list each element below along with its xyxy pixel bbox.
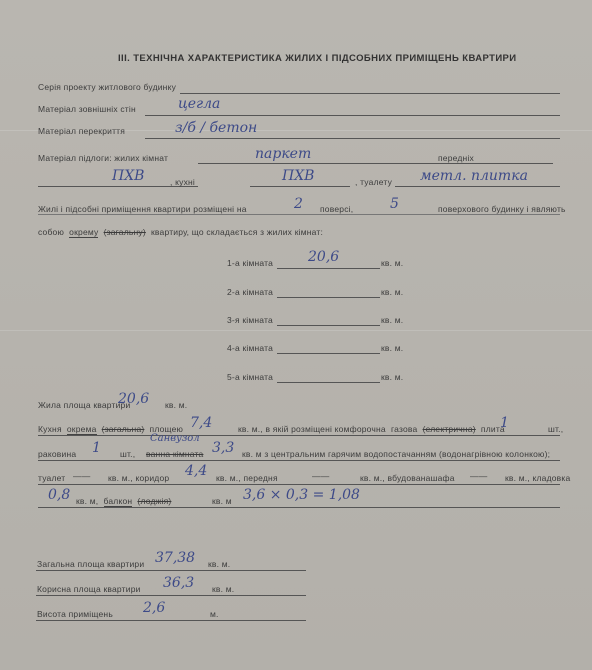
- room-unit: кв. м.: [381, 372, 403, 382]
- storage-label: кв. м., кладовка: [505, 473, 570, 483]
- floor-line: [198, 163, 553, 164]
- room-label: 1-а кімната: [227, 258, 273, 268]
- ceiling-label: Матеріал перекриття: [38, 126, 125, 136]
- bathroom-struck: ванна кімната: [146, 449, 203, 459]
- storage-value: 0,8: [48, 487, 70, 503]
- sink-unit: шт.,: [120, 449, 135, 459]
- room-line: [277, 382, 380, 383]
- outer-walls-label: Матеріал зовнішніх стін: [38, 104, 136, 114]
- room-label: 5-а кімната: [227, 372, 273, 382]
- total-value: 36,3: [163, 575, 194, 591]
- outer-walls-value: цегла: [178, 96, 220, 112]
- total-value: 2,6: [143, 600, 165, 616]
- kitchen-separate: окрема: [67, 424, 97, 435]
- room-unit: кв. м.: [381, 315, 403, 325]
- total-label: Загальна площа квартири: [37, 559, 144, 569]
- bathroom-correction: Санвузол: [150, 433, 200, 444]
- loggia-option: (лоджія): [137, 496, 171, 506]
- room-line: [277, 297, 380, 298]
- bathroom-area-value: 3,3: [212, 440, 234, 456]
- kitchen-common: (загальна): [102, 424, 145, 434]
- floor-label: Матеріал підлоги: жилих кімнат: [38, 153, 168, 163]
- ceiling-value: з/б / бетон: [175, 120, 257, 136]
- wardrobe-value: ——: [470, 471, 487, 481]
- project-series-line: [180, 93, 560, 94]
- total-label: Корисна площа квартири: [37, 584, 141, 594]
- total-label: Висота приміщень: [37, 609, 113, 619]
- balcony-unit: кв. м: [212, 496, 232, 506]
- floor-rooms-value: паркет: [255, 146, 311, 162]
- hot-water-text: кв. м з центральним гарячим водопостачан…: [242, 449, 550, 459]
- sink-line: [38, 460, 560, 461]
- room-label: 4-а кімната: [227, 343, 273, 353]
- living-area-label: Жила площа квартири: [38, 400, 130, 410]
- room-line: [277, 325, 380, 326]
- room-line: [277, 268, 380, 269]
- toilet-line: [38, 484, 560, 485]
- total-line: [36, 595, 306, 596]
- gas-option: газова: [391, 424, 417, 434]
- room-label: 3-я кімната: [227, 315, 273, 325]
- stove-unit: шт.,: [548, 424, 563, 434]
- location-text-4: собою окрему (загальну) квартиру, що скл…: [38, 227, 323, 237]
- toilet-floor-value: метл. плитка: [420, 168, 528, 184]
- total-unit: кв. м.: [208, 559, 230, 569]
- room-unit: кв. м.: [381, 343, 403, 353]
- room-unit: кв. м.: [381, 258, 403, 268]
- kitchen-floor-value: ПХВ: [282, 168, 314, 184]
- location-text-4b: квартиру, що складається з жилих кімнат:: [151, 227, 323, 237]
- room-area-value: 20,6: [308, 249, 339, 265]
- balcony-line: [38, 507, 560, 508]
- location-text-2: поверсі,: [320, 204, 353, 214]
- toilet-floor-line: [395, 186, 560, 187]
- room-label: 2-а кімната: [227, 287, 273, 297]
- storage-unit: кв. м,: [76, 496, 98, 506]
- balcony-value: 3,6 × 0,3 = 1,08: [243, 487, 360, 503]
- hall-label: кв. м., передня: [216, 473, 278, 483]
- total-line: [36, 570, 306, 571]
- balcony-option: балкон: [104, 496, 133, 507]
- corridor-label: кв. м., коридор: [108, 473, 169, 483]
- separate-option: окрему: [69, 227, 98, 238]
- room-unit: кв. м.: [381, 287, 403, 297]
- hallway-label: передніх: [438, 153, 474, 163]
- location-text-3: поверхового будинку і являють: [438, 204, 566, 214]
- project-series-label: Серія проекту житлового будинку: [38, 82, 176, 92]
- total-line: [36, 620, 306, 621]
- toilet-floor-label: , туалету: [355, 177, 392, 187]
- corridor-value: 4,4: [185, 463, 207, 479]
- toilet-label: туалет: [38, 473, 65, 483]
- location-text-1: Жилі і підсобні приміщення квартири розм…: [38, 204, 247, 214]
- sink-label: раковина: [38, 449, 76, 459]
- wardrobe-label: кв. м., вбудованашафа: [360, 473, 455, 483]
- electric-option: (електрична): [423, 424, 476, 434]
- kitchen-row-2: кв. м., в якій розміщені комфорочна газо…: [238, 424, 505, 434]
- kitchen-label: Кухня: [38, 424, 62, 434]
- floor-number-value: 2: [294, 196, 303, 212]
- living-area-unit: кв. м.: [165, 400, 187, 410]
- hall-value: ——: [312, 471, 329, 481]
- ceiling-line: [145, 138, 560, 139]
- storeys-value: 5: [390, 196, 399, 212]
- kitchen-area-value: 7,4: [190, 415, 212, 431]
- toilet-value: ——: [73, 471, 90, 481]
- paper-fold: [0, 330, 592, 331]
- sink-count-value: 1: [92, 440, 101, 456]
- kitchen-floor-line: [250, 186, 350, 187]
- balcony-row: кв. м, балкон (лоджія): [76, 496, 171, 506]
- location-text-4a: собою: [38, 227, 64, 237]
- stove-count-value: 1: [500, 415, 509, 431]
- location-line: [38, 214, 560, 215]
- page-title: ІІІ. ТЕХНІЧНА ХАРАКТЕРИСТИКА ЖИЛИХ І ПІД…: [118, 53, 517, 64]
- kitchen-stove-text: кв. м., в якій розміщені комфорочна: [238, 424, 386, 434]
- total-value: 37,38: [155, 550, 195, 566]
- room-line: [277, 353, 380, 354]
- outer-walls-line: [145, 115, 560, 116]
- living-area-value: 20,6: [118, 391, 149, 407]
- common-option: (загальну): [104, 227, 146, 237]
- total-unit: м.: [210, 609, 219, 619]
- hallway-floor-value: ПХВ: [112, 168, 144, 184]
- kitchen-floor-label: , кухні: [170, 177, 195, 187]
- kitchen-line: [38, 435, 560, 436]
- total-unit: кв. м.: [212, 584, 234, 594]
